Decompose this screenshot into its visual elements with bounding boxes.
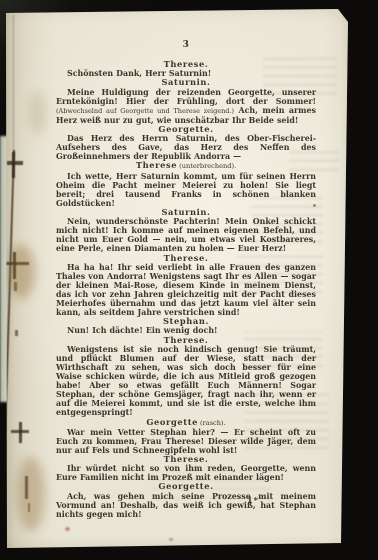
- speaker-heading: Therese(unterbrechend).: [56, 161, 316, 171]
- speaker-heading: Therese.: [56, 254, 316, 263]
- speech-text: Meine Huldigung der reizenden Georgette,…: [56, 88, 316, 125]
- signature-mark: 1*: [247, 495, 259, 505]
- dialogue-entry: Therese(unterbrechend). Ich wette, Herr …: [56, 161, 316, 208]
- speaker-heading: Therese.: [56, 336, 316, 345]
- stitching-thread: [13, 252, 16, 279]
- inline-stage-direction: (Abwechselnd auf Georgette und Therese z…: [56, 107, 234, 115]
- foxing-stain: [29, 91, 47, 135]
- stitching-thread: [5, 262, 29, 265]
- speaker-stage-note: (rasch).: [200, 419, 226, 427]
- dialogue-entry: Therese. Ihr würdet nicht so von ihm red…: [56, 455, 316, 482]
- binding-crease: [13, 15, 14, 155]
- stitching-thread: [14, 282, 17, 291]
- speaker-heading: Georgette.: [56, 482, 316, 491]
- speaker-name: Therese: [136, 160, 177, 170]
- speech-text: Ha ha ha! Ihr seid verliebt in alle Frau…: [56, 263, 316, 318]
- speaker-stage-note: (unterbrechend).: [179, 162, 236, 170]
- stitching-thread: [28, 503, 30, 512]
- dialogue-entry: Georgette. Ach, was gehen mich seine Pro…: [56, 482, 316, 518]
- stitching-thread: [15, 330, 18, 336]
- dialogue-entry: Therese. Schönsten Dank, Herr Saturnin!: [56, 60, 316, 78]
- speaker-heading: Georgette(rasch).: [56, 418, 316, 428]
- speaker-name: Therese.: [164, 454, 209, 464]
- dialogue-entry: Therese. Wenigstens ist sie noch kindisc…: [56, 336, 316, 418]
- speech-text: Ihr würdet nicht so von ihm reden, Georg…: [56, 464, 316, 482]
- speech-text: Ach, was gehen mich seine Prozesse mit m…: [56, 492, 316, 519]
- dialogue-entry: Saturnin. Nein, wunderschönste Pachterin…: [56, 208, 316, 254]
- foxing-stain: [17, 457, 45, 531]
- speaker-name: Saturnin.: [161, 207, 210, 217]
- speech-text: Nein, wunderschönste Pachterin! Mein Onk…: [56, 217, 316, 253]
- speaker-heading: Saturnin.: [56, 78, 316, 87]
- speaker-heading: Therese.: [56, 60, 316, 69]
- speaker-name: Stephan.: [163, 316, 209, 326]
- page-number: 3: [56, 40, 316, 50]
- speaker-heading: Therese.: [56, 455, 316, 464]
- stitching-thread: [7, 161, 23, 165]
- speech-text: Das Herz des Herrn Saturnin, des Ober-Fi…: [56, 134, 316, 161]
- speaker-name: Saturnin.: [161, 77, 210, 87]
- stitching-thread: [25, 476, 28, 499]
- speaker-name: Georgette.: [158, 124, 213, 134]
- speaker-name: Therese.: [164, 59, 209, 69]
- stitching-thread: [11, 430, 29, 433]
- speaker-heading: Stephan.: [56, 317, 316, 326]
- speaker-heading: Saturnin.: [56, 208, 316, 217]
- dialogue-entry: Stephan. Nun! Ich dächte! Ein wenig doch…: [56, 317, 316, 335]
- book-page: 3 Therese. Schönsten Dank, Herr Saturnin…: [5, 9, 348, 554]
- dialogue-entry: Georgette(rasch). War mein Vetter Stepha…: [56, 418, 316, 455]
- page-content: 3 Therese. Schönsten Dank, Herr Saturnin…: [56, 40, 316, 519]
- dialogue-entry: Therese. Ha ha ha! Ihr seid verliebt in …: [56, 254, 316, 318]
- foxing-stain: [169, 538, 173, 541]
- speech-text: War mein Vetter Stephan hier? — Er schei…: [56, 428, 316, 455]
- speaker-name: Therese.: [164, 253, 209, 263]
- speaker-name: Therese.: [164, 335, 209, 345]
- dialogue-entry: Georgette. Das Herz des Herrn Saturnin, …: [56, 125, 316, 161]
- stitching-thread: [12, 152, 15, 178]
- speaker-name: Georgette.: [158, 481, 213, 491]
- scan-background: { "page": { "number": "3", "signature_ma…: [0, 0, 378, 560]
- speaker-name: Georgette: [146, 417, 198, 427]
- speech-text: Wenigstens ist sie noch kindisch genug! …: [56, 345, 316, 418]
- stitching-thread: [19, 422, 22, 443]
- speech-segment: Meine Huldigung der reizenden Georgette,…: [56, 88, 316, 106]
- dialogue-entry: Saturnin. Meine Huldigung der reizenden …: [56, 78, 316, 125]
- speaker-heading: Georgette.: [56, 125, 316, 134]
- speech-text: Ich wette, Herr Saturnin kommt, um für s…: [56, 172, 316, 208]
- foxing-stain: [65, 527, 70, 531]
